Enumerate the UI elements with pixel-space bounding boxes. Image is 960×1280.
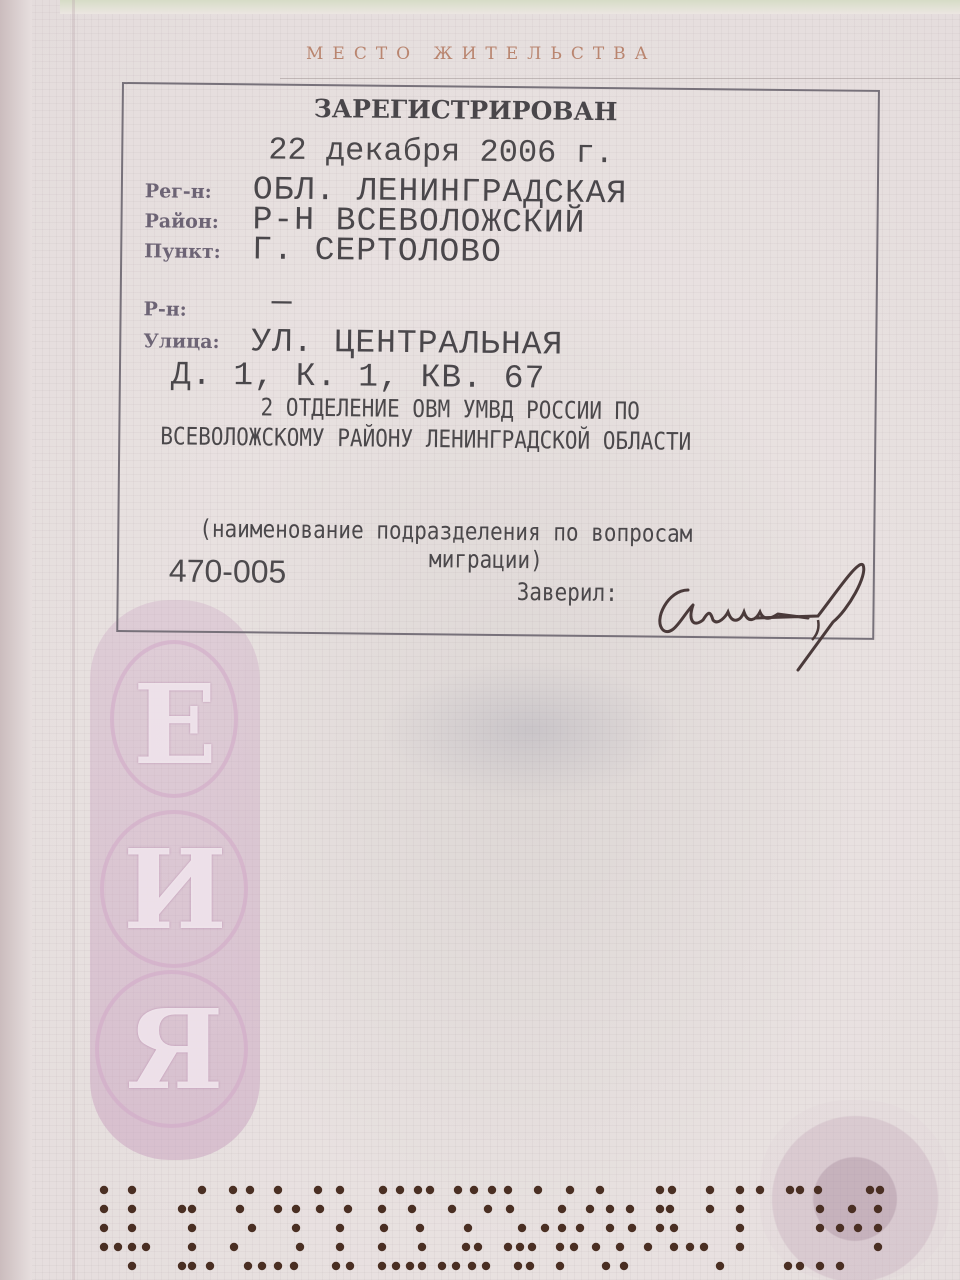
page-binding-edge <box>0 0 32 1280</box>
field-label-subdistrict: Р-н: <box>144 298 187 320</box>
watermark-letter: Е <box>105 660 245 789</box>
field-label-district: Район: <box>144 210 219 233</box>
background-fabric <box>60 0 960 14</box>
section-heading: МЕСТО ЖИТЕЛЬСТВА <box>306 44 746 64</box>
caption-line-1: (наименование подразделения по вопросам <box>199 515 692 548</box>
field-label-region: Рег-н: <box>145 180 212 203</box>
heading-rule <box>280 78 960 79</box>
watermark-letter: И <box>105 825 245 954</box>
field-value-subdistrict: — <box>272 284 293 321</box>
field-label-locality: Пункт: <box>144 240 221 263</box>
division-code: 470-005 <box>169 553 287 591</box>
house-apartment: Д. 1, К. 1, КВ. 67 <box>171 357 546 398</box>
certified-label: Заверил: <box>517 578 618 607</box>
signature-icon <box>648 560 878 680</box>
authority-line-1: 2 ОТДЕЛЕНИЕ ОВМ УМВД РОССИИ ПО <box>260 393 640 425</box>
page-fold-line <box>72 0 75 1280</box>
field-value-locality: Г. СЕРТОЛОВО <box>252 231 502 271</box>
registration-status: ЗАРЕГИСТРИРОВАН <box>314 94 618 126</box>
watermark-letter: Я <box>105 985 245 1114</box>
field-label-street: Улица: <box>143 330 220 353</box>
photo-shadow <box>380 660 680 800</box>
authority-line-2: ВСЕВОЛОЖСКОМУ РАЙОНУ ЛЕНИНГРАДСКОЙ ОБЛАС… <box>160 422 691 455</box>
registration-date: 22 декабря 2006 г. <box>268 132 614 173</box>
perforated-serial-number <box>80 1178 960 1278</box>
caption-line-2: миграции) <box>429 545 543 574</box>
registration-stamp: ЗАРЕГИСТРИРОВАН 22 декабря 2006 г. Рег-н… <box>116 82 880 640</box>
